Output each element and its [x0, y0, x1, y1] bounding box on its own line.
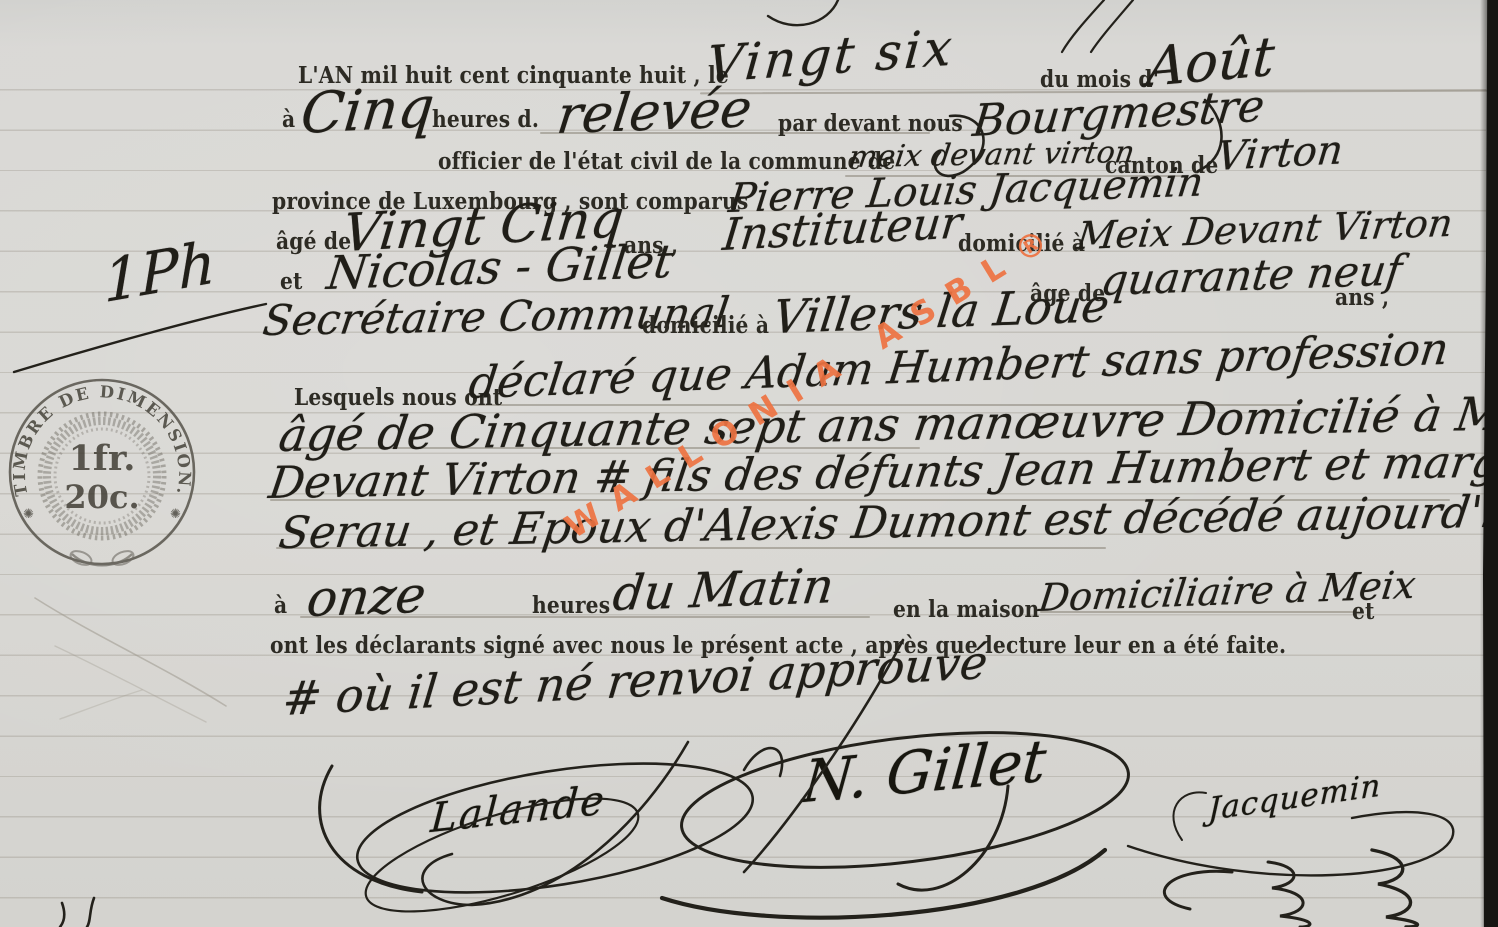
printed-and-label: et	[280, 268, 303, 295]
printed-at-label-2: à	[274, 592, 287, 619]
handwritten-canton: Virton	[1215, 127, 1346, 180]
svg-text:TIMBRE DE DIMENSION.: TIMBRE DE DIMENSION.	[10, 382, 195, 498]
handwritten-death-hour: onze	[304, 566, 429, 628]
stamp-ornament-right: ✺	[170, 507, 181, 522]
printed-commune-line: officier de l'état civil de la commune d…	[438, 148, 895, 175]
stamp-value-centimes: 20c.	[64, 478, 139, 516]
signature-lalande: Lalande	[429, 777, 607, 842]
printed-domicile-label-2: domicilié à	[642, 312, 769, 339]
revenue-stamp: TIMBRE DE DIMENSION. ✺ ✺ 1fr. 20c.	[2, 372, 204, 580]
register-page-scan: L'AN mil huit cent cinquante huit , le V…	[0, 0, 1498, 927]
printed-hour-label: heures d.	[432, 106, 539, 133]
stamp-arc-text: TIMBRE DE DIMENSION.	[10, 382, 195, 498]
handwritten-hour: Cinq	[298, 75, 437, 147]
signature-gillet: N. Gillet	[800, 726, 1049, 816]
printed-years-label-2: ans ,	[1335, 284, 1389, 311]
signature-jacquemin: Jacquemin	[1208, 767, 1382, 828]
stamp-value-francs: 1fr.	[69, 438, 136, 479]
printed-house-label: en la maison	[893, 596, 1039, 623]
printed-at-label: à	[282, 106, 295, 133]
handwritten-morning: du Matin	[610, 558, 837, 622]
stamp-ornament-left: ✺	[23, 507, 34, 522]
margin-paraph: 1Ph	[103, 228, 216, 317]
printed-hours-label: heures	[532, 592, 610, 619]
printed-and-label-2: et	[1352, 598, 1375, 625]
handwritten-relevee: relevée	[554, 79, 755, 146]
printed-before-us: par devant nous	[778, 110, 963, 137]
